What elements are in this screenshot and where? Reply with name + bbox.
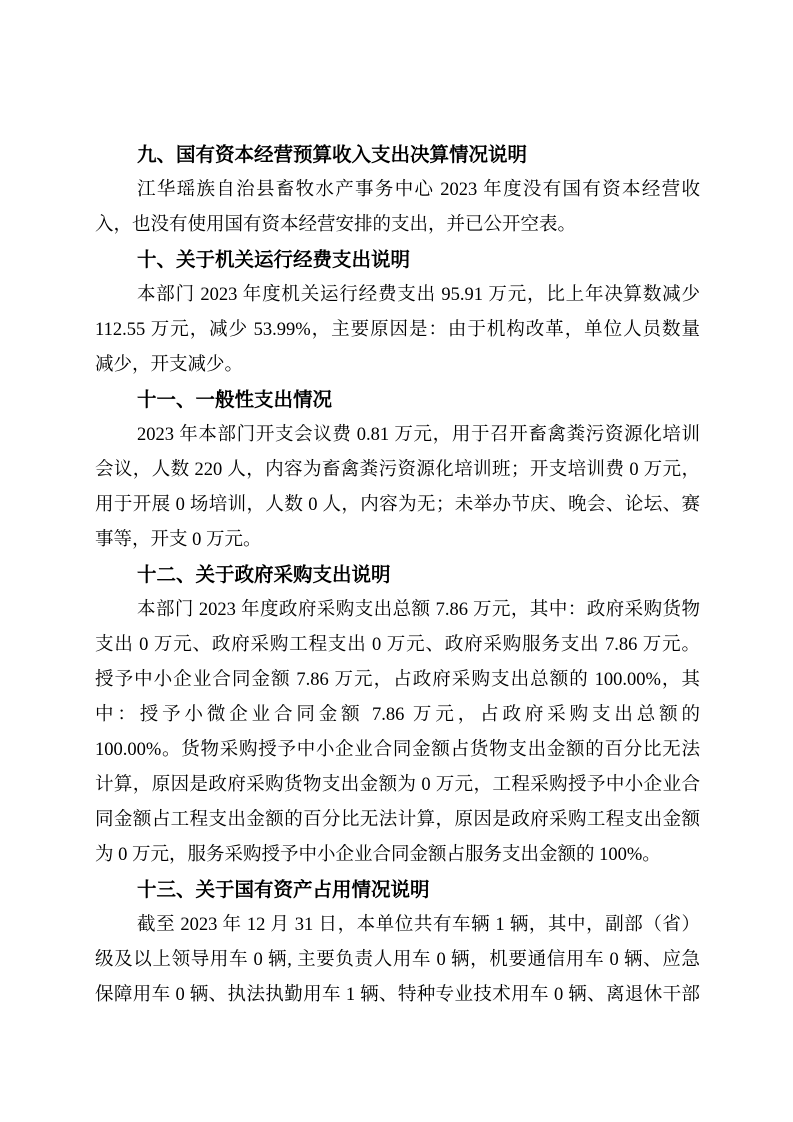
text-line: 事等，开支 0 万元。 bbox=[95, 523, 700, 558]
section-heading: 十二、关于政府采购支出说明 bbox=[95, 558, 700, 593]
text-line: 本部门 2023 年度机关运行经费支出 95.91 万元，比上年决算数减少 bbox=[95, 278, 700, 313]
text-line: 同金额占工程支出金额的百分比无法计算，原因是政府采购工程支出金额 bbox=[95, 803, 700, 838]
text-line: 入，也没有使用国有资本经营安排的支出，并已公开空表。 bbox=[95, 208, 700, 243]
text-line: 减少，开支减少。 bbox=[95, 348, 700, 383]
section-11-general-expenditure: 十一、一般性支出情况 2023 年本部门开支会议费 0.81 万元，用于召开畜禽… bbox=[95, 383, 700, 558]
text-line: 2023 年本部门开支会议费 0.81 万元，用于召开畜禽粪污资源化培训 bbox=[95, 418, 700, 453]
text-line: 100.00%。货物采购授予中小企业合同金额占货物支出金额的百分比无法 bbox=[95, 733, 700, 768]
text-line: 计算，原因是政府采购货物支出金额为 0 万元，工程采购授予中小企业合 bbox=[95, 768, 700, 803]
section-9-state-capital-budget: 九、国有资本经营预算收入支出决算情况说明 江华瑶族自治县畜牧水产事务中心 202… bbox=[95, 138, 700, 243]
text-line: 会议，人数 220 人，内容为畜禽粪污资源化培训班；开支培训费 0 万元， bbox=[95, 453, 700, 488]
document-content: 九、国有资本经营预算收入支出决算情况说明 江华瑶族自治县畜牧水产事务中心 202… bbox=[95, 138, 700, 1013]
section-13-state-asset-occupancy: 十三、关于国有资产占用情况说明 截至 2023 年 12 月 31 日，本单位共… bbox=[95, 873, 700, 1013]
text-line: 支出 0 万元、政府采购工程支出 0 万元、政府采购服务支出 7.86 万元。 bbox=[95, 628, 700, 663]
text-line: 授予中小企业合同金额 7.86 万元，占政府采购支出总额的 100.00%，其 bbox=[95, 663, 700, 698]
text-line: 本部门 2023 年度政府采购支出总额 7.86 万元，其中：政府采购货物 bbox=[95, 593, 700, 628]
text-line: 中：授予小微企业合同金额 7.86 万元，占政府采购支出总额的 bbox=[95, 698, 700, 733]
section-heading: 十一、一般性支出情况 bbox=[95, 383, 700, 418]
document-page: 九、国有资本经营预算收入支出决算情况说明 江华瑶族自治县畜牧水产事务中心 202… bbox=[0, 0, 793, 1122]
section-10-agency-operating-expense: 十、关于机关运行经费支出说明 本部门 2023 年度机关运行经费支出 95.91… bbox=[95, 243, 700, 383]
section-heading: 十、关于机关运行经费支出说明 bbox=[95, 243, 700, 278]
text-line: 级及以上领导用车 0 辆, 主要负责人用车 0 辆，机要通信用车 0 辆、应急 bbox=[95, 943, 700, 978]
text-line: 用于开展 0 场培训，人数 0 人，内容为无；未举办节庆、晚会、论坛、赛 bbox=[95, 488, 700, 523]
section-12-government-procurement: 十二、关于政府采购支出说明 本部门 2023 年度政府采购支出总额 7.86 万… bbox=[95, 558, 700, 873]
text-line: 112.55 万元，减少 53.99%，主要原因是：由于机构改革，单位人员数量 bbox=[95, 313, 700, 348]
text-line: 江华瑶族自治县畜牧水产事务中心 2023 年度没有国有资本经营收 bbox=[95, 173, 700, 208]
section-heading: 十三、关于国有资产占用情况说明 bbox=[95, 873, 700, 908]
text-line: 保障用车 0 辆、执法执勤用车 1 辆、特种专业技术用车 0 辆、离退休干部 bbox=[95, 978, 700, 1013]
section-heading: 九、国有资本经营预算收入支出决算情况说明 bbox=[95, 138, 700, 173]
text-line: 截至 2023 年 12 月 31 日，本单位共有车辆 1 辆，其中，副部（省） bbox=[95, 908, 700, 943]
text-line: 为 0 万元，服务采购授予中小企业合同金额占服务支出金额的 100%。 bbox=[95, 838, 700, 873]
